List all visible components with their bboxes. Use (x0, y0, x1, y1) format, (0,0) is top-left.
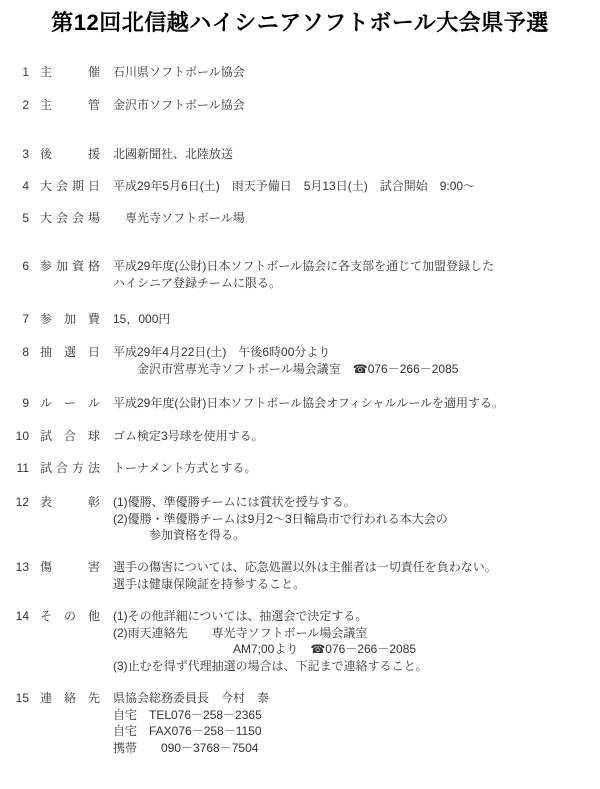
list-item: 6 参加資格 平成29年度(公財)日本ソフトボール協会に各支部を通じて加盟登録し… (0, 258, 600, 291)
content-line: 自宅 FAX076－258－1150 (113, 723, 269, 740)
item-number: 1 (0, 64, 29, 81)
list-item: 15 連 絡 先 県協会総務委員長 今村 泰 自宅 TEL076－258－236… (0, 690, 600, 756)
content-line: トーナメント方式とする。 (113, 460, 257, 477)
item-content: (1)その他詳細については、抽選会で決定する。 (2)雨天連絡先 専光寺ソフトボ… (113, 608, 428, 674)
list-item: 11 試合方法 トーナメント方式とする。 (0, 460, 600, 477)
item-number: 13 (0, 559, 29, 576)
item-label: 大会会場 (40, 210, 100, 227)
content-line: 県協会総務委員長 今村 泰 (113, 690, 269, 707)
item-number: 15 (0, 690, 29, 707)
item-content: 平成29年4月22日(土) 午後6時00分より 金沢市営専光寺ソフトボール場会議… (113, 344, 458, 377)
list-item: 14 そ の 他 (1)その他詳細については、抽選会で決定する。 (2)雨天連絡… (0, 608, 600, 674)
list-item: 10 試 合 球 ゴム検定3号球を使用する。 (0, 428, 600, 445)
content-line: 平成29年4月22日(土) 午後6時00分より (113, 344, 458, 361)
item-content: 専光寺ソフトボール場 (113, 210, 245, 227)
content-line: ゴム検定3号球を使用する。 (113, 428, 264, 445)
item-label: 大会期日 (40, 178, 100, 195)
list-item: 2 主 管 金沢市ソフトボール協会 (0, 97, 600, 114)
content-line: 参加資格を得る。 (113, 527, 448, 544)
item-content: 15，000円 (113, 311, 170, 328)
content-line: 平成29年5月6日(土) 雨天予備日 5月13日(土) 試合開始 9:00～ (113, 178, 475, 195)
content-line: (3)止むを得ず代理抽選の場合は、下記まで連絡すること。 (113, 658, 428, 675)
list-item: 8 抽 選 日 平成29年4月22日(土) 午後6時00分より 金沢市営専光寺ソ… (0, 344, 600, 377)
list-item: 4 大会期日 平成29年5月6日(土) 雨天予備日 5月13日(土) 試合開始 … (0, 178, 600, 195)
item-label: そ の 他 (40, 608, 100, 625)
item-content: 平成29年度(公財)日本ソフトボール協会オフィシャルルールを適用する。 (113, 395, 504, 412)
item-number: 6 (0, 258, 29, 275)
content-line: (1)優勝、準優勝チームには賞状を授与する。 (113, 494, 448, 511)
item-content: ゴム検定3号球を使用する。 (113, 428, 264, 445)
item-content: トーナメント方式とする。 (113, 460, 257, 477)
item-number: 11 (0, 460, 29, 477)
item-label: 傷 害 (40, 559, 100, 576)
item-label: 表 彰 (40, 494, 100, 511)
content-line: (2)雨天連絡先 専光寺ソフトボール場会議室 (113, 625, 428, 642)
content-line: (2)優勝・準優勝チームは9月2～3日輪島市で行われる本大会の (113, 511, 448, 528)
item-number: 3 (0, 146, 29, 163)
item-number: 10 (0, 428, 29, 445)
item-content: 北國新聞社、北陸放送 (113, 146, 233, 163)
item-content: 金沢市ソフトボール協会 (113, 97, 245, 114)
item-number: 14 (0, 608, 29, 625)
content-line: 携帯 090－3768－7504 (113, 740, 269, 757)
list-item: 5 大会会場 専光寺ソフトボール場 (0, 210, 600, 227)
item-number: 7 (0, 311, 29, 328)
content-line: 15，000円 (113, 311, 170, 328)
item-label: 後 援 (40, 146, 100, 163)
content-line: 自宅 TEL076－258－2365 (113, 707, 269, 724)
item-label: 参加資格 (40, 258, 100, 275)
content-line: 金沢市営専光寺ソフトボール場会議室 ☎076－266－2085 (113, 361, 458, 378)
item-number: 12 (0, 494, 29, 511)
list-item: 12 表 彰 (1)優勝、準優勝チームには賞状を授与する。 (2)優勝・準優勝チ… (0, 494, 600, 544)
item-number: 2 (0, 97, 29, 114)
list-item: 9 ル ー ル 平成29年度(公財)日本ソフトボール協会オフィシャルルールを適用… (0, 395, 600, 412)
item-label: 試合方法 (40, 460, 100, 477)
content-line: (1)その他詳細については、抽選会で決定する。 (113, 608, 428, 625)
item-number: 4 (0, 178, 29, 195)
item-content: 石川県ソフトボール協会 (113, 64, 245, 81)
item-number: 9 (0, 395, 29, 412)
item-content: (1)優勝、準優勝チームには賞状を授与する。 (2)優勝・準優勝チームは9月2～… (113, 494, 448, 544)
list-item: 13 傷 害 選手の傷害については、応急処置以外は主催者は一切責任を負わない。 … (0, 559, 600, 592)
list-item: 1 主 催 石川県ソフトボール協会 (0, 64, 600, 81)
item-label: ル ー ル (40, 395, 100, 412)
item-content: 平成29年度(公財)日本ソフトボール協会に各支部を通じて加盟登録した ハイシニア… (113, 258, 494, 291)
list-item: 7 参 加 費 15，000円 (0, 311, 600, 328)
content-line: 選手の傷害については、応急処置以外は主催者は一切責任を負わない。 (113, 559, 497, 576)
content-line: 選手は健康保険証を持参すること。 (113, 576, 497, 593)
content-line: 北國新聞社、北陸放送 (113, 146, 233, 163)
item-label: 抽 選 日 (40, 344, 100, 361)
content-line: AM7;00より ☎076－266－2085 (113, 641, 428, 658)
document-page: 第12回北信越ハイシニアソフトボール大会県予選 1 主 催 石川県ソフトボール協… (0, 0, 600, 789)
item-content: 平成29年5月6日(土) 雨天予備日 5月13日(土) 試合開始 9:00～ (113, 178, 475, 195)
list-item: 3 後 援 北國新聞社、北陸放送 (0, 146, 600, 163)
item-content: 選手の傷害については、応急処置以外は主催者は一切責任を負わない。 選手は健康保険… (113, 559, 497, 592)
item-content: 県協会総務委員長 今村 泰 自宅 TEL076－258－2365 自宅 FAX0… (113, 690, 269, 756)
content-line: ハイシニア登録チームに限る。 (113, 275, 494, 292)
content-line: 専光寺ソフトボール場 (113, 210, 245, 227)
item-label: 主 管 (40, 97, 100, 114)
page-title: 第12回北信越ハイシニアソフトボール大会県予選 (0, 6, 600, 37)
content-line: 金沢市ソフトボール協会 (113, 97, 245, 114)
item-label: 参 加 費 (40, 311, 100, 328)
item-label: 試 合 球 (40, 428, 100, 445)
item-number: 5 (0, 210, 29, 227)
content-line: 平成29年度(公財)日本ソフトボール協会に各支部を通じて加盟登録した (113, 258, 494, 275)
item-number: 8 (0, 344, 29, 361)
content-line: 石川県ソフトボール協会 (113, 64, 245, 81)
item-label: 主 催 (40, 64, 100, 81)
item-label: 連 絡 先 (40, 690, 100, 707)
content-line: 平成29年度(公財)日本ソフトボール協会オフィシャルルールを適用する。 (113, 395, 504, 412)
